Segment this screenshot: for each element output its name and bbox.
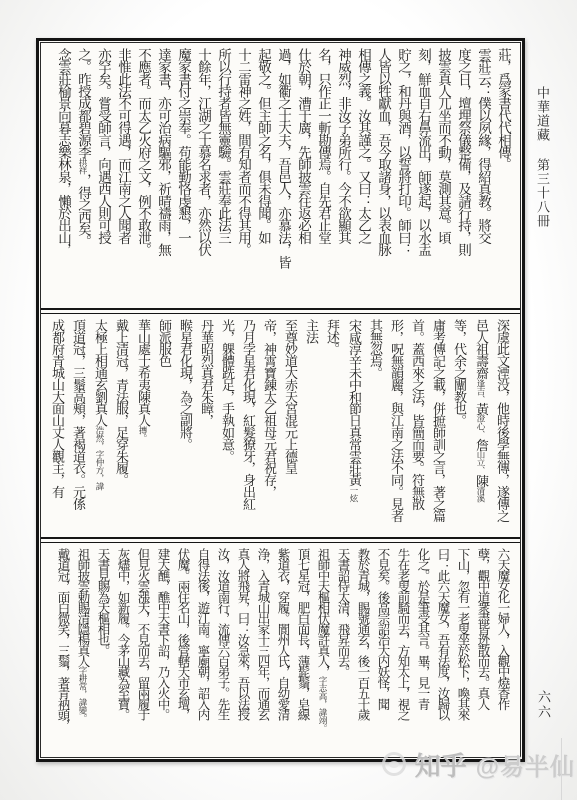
text-column: 披雲真人兀坐而不動，莫測其意。頃: [433, 48, 453, 305]
text-column: 丹華昭烈真君朱瞕，: [196, 319, 217, 534]
text-column: 下山，忽有一老叟坐於松下，喚其來: [453, 548, 473, 754]
text-column: 拜述。: [322, 319, 343, 534]
text-column: 其無忽焉。: [365, 319, 386, 534]
text-column: 灰燼中，如新履。今茅山藏為至寶。: [113, 548, 133, 754]
page-frame: 莊，爲家書代代相傳。雲莊云：僕以夙緣，得紹真教。將交度之日，壇埋祭儀整備，及請行…: [36, 38, 525, 762]
text-column: 仕於朝，漕于廣，先師披雲往返必相: [293, 48, 313, 305]
text-column: 人皆以牲獻血，吾今取諸身，以表血脉: [373, 48, 393, 305]
text-column: 之。昨授成都碧源李拱祥，得之西矣。: [73, 48, 93, 305]
text-column: 念雲莊榆景向暮志樂林泉，懶於出山，: [53, 48, 73, 305]
text-column: 戴道冠，面白微笑，三鬚，著青衲頭，: [53, 548, 73, 754]
text-column: 所以行持者皆無靈驗。雲莊奉此法三: [213, 48, 233, 305]
text-column: 成都府青城山大面山丈人觀主，有: [47, 319, 68, 534]
text-column: 帝，神霄寶錬太乙祖母元君祝存，: [259, 319, 280, 534]
page-frame-inner-border: 莊，爲家書代代相傳。雲莊云：僕以夙緣，得紹真教。將交度之日，壇埋祭儀整備，及請行…: [40, 42, 521, 758]
text-column: 非惟此法不可得遇，而江南之人聞者: [113, 48, 133, 305]
text-column: 汝，汝道南行，流傳六百弟子。先生: [213, 548, 233, 754]
text-column: 相傳之義。汝其謹之。又曰：太乙之: [353, 48, 373, 305]
text-column: 度之日，壇埋祭儀整備，及請行持，則: [453, 48, 473, 305]
text-band-middle: 深虞此文湮没，他時後學無傳，遂傳之邑人祖壽齋逢吉、黃澄心、詹山立、陳清溪等，代余…: [41, 314, 520, 537]
text-column: 祖師中天樞相伏魔許真人，字志高，諱翊。: [313, 548, 333, 754]
text-column: 真人將飛昇，曰：汝急來，吾以法授: [233, 548, 253, 754]
text-column: 曰：此六天魔女，吾有法度，汝歸以: [433, 548, 453, 754]
text-band-bottom: 六天魔女化一婦人，入觀中燒香作孽，觀中道衆盡皆迯散而去。真人下山，忽有一老叟坐於…: [41, 543, 520, 757]
text-column: 太極上相通玄劉真人浩然，字仲方，諱: [89, 319, 111, 534]
text-column: 頂道冠，三鬚高頰，著褐道衣。元係: [68, 319, 89, 534]
text-column: 睺星君化現，為之副將。: [175, 319, 196, 534]
text-column: 建大醮，醮中天書下詔，乃入火中。: [153, 548, 173, 754]
text-column: 庸考傳記之載，併摭師訓之言，著之篇: [428, 319, 449, 534]
scan-page-edge: [561, 738, 562, 800]
text-column: 亦罕矣。嘗受師言，向遇西人則可授: [93, 48, 113, 305]
text-column: 等，代余之闡教也。: [449, 319, 470, 534]
text-column: 牛在老叟前騎而去，方知太上，視之: [393, 548, 413, 754]
text-column: 乃月孛星君化現，紅髮獠牙，身出紅: [238, 319, 259, 534]
text-band-top: 莊，爲家書代代相傳。雲莊云：僕以夙緣，得紹真教。將交度之日，壇埋祭儀整備，及請行…: [41, 43, 520, 308]
text-column: 不見矣。後高宗詔治大内妖怪，聞: [373, 548, 393, 754]
text-column: 十二雷神之姓，間有知者而不得其用。: [233, 48, 253, 305]
text-column: 天書見賜為天樞相也。: [93, 548, 113, 754]
text-column: 頂七星冠，肥白面長，薄髭鬚，皂線: [293, 548, 313, 754]
text-column: 教於青城，賜號通玄，後一百五十歲: [353, 548, 373, 754]
text-column: 宋咸淳辛未中和節日真常雲莊黃一炫: [343, 319, 365, 534]
text-column: 貯之，和丹與酒，以誓將打印。師曰：: [393, 48, 413, 305]
text-column: 孽，觀中道衆盡皆迯散而去。真人: [473, 548, 493, 754]
watermark: 知乎 @易半仙: [382, 744, 577, 784]
text-column: 達家書，亦可治病驅邪，祈晴禱雨，無: [153, 48, 173, 305]
text-column: 首。蓋西來之法，皆簡而要。符無散: [407, 319, 428, 534]
text-column: 至尊妙道大赤天宮混元上德皇: [280, 319, 301, 534]
text-column: 華山處士希夷陳真人摶。: [132, 319, 154, 534]
text-column: 戴上清冠，青法服，足穿朱履。: [111, 319, 132, 534]
text-column: 六天魔女化一婦人，入觀中燒香作: [493, 548, 513, 754]
text-column: 邑人祖壽齋逢吉、黃澄心、詹山立、陳清溪: [470, 319, 492, 534]
text-column: 深虞此文湮没，他時後學無傳，遂傳之: [492, 319, 513, 534]
text-column: 神威烈，非汝子弟所行。今不欲顯其: [333, 48, 353, 305]
text-column: 光，躶體跣足，手執如意。: [217, 319, 238, 534]
text-column: 祖師披雲勅賜清隱楊真人字耕常，諱變。: [73, 548, 93, 754]
text-column: 過，如衢之士大夫，吾邑人，亦慕法，皆: [273, 48, 293, 305]
text-column: 伏魔。兩住名山，後管轄天市玄壇，: [173, 548, 193, 754]
text-column: 師派服色: [154, 319, 175, 534]
text-column: 紫道衣，穿履。閬州人氏，自幼愛清: [273, 548, 293, 754]
watermark-brand: 知乎: [415, 746, 467, 783]
text-column: 起敬之。但主帥之名，俱未得聞。如: [253, 48, 273, 305]
text-column: 莊，爲家書代代相傳。: [493, 48, 513, 305]
text-column: 刻，鮮血自右鼻流出，師遂起，以水盂: [413, 48, 433, 305]
volume-number: 第三十八冊: [535, 158, 550, 228]
text-column: 自得法後，遊江南。寧廟朝，詔入内: [193, 548, 213, 754]
text-column: 形，呪無韻麗，與江南之法不同。見者: [386, 319, 407, 534]
text-column: 主法: [301, 319, 322, 534]
text-column: 但見火雲漲天，不見而去，留兩履于: [133, 548, 153, 754]
margin-edition-label: 中華道藏第三十八冊: [533, 86, 552, 228]
text-column: 雲莊云：僕以夙緣，得紹真教。將交: [473, 48, 493, 305]
collection-title: 中華道藏: [535, 86, 550, 142]
page-number: 六六: [534, 690, 553, 720]
text-column: 十餘年，江湖之士慕名求者，亦然以伏: [193, 48, 213, 305]
text-column: 浄，入青城山出家十三四年，而通玄: [253, 548, 273, 754]
text-column: 天書詔侍太清，飛昇而去。: [333, 548, 353, 754]
text-column: 名，只作正一斬勘傳焉。自先君止堂: [313, 48, 333, 305]
zhihu-logo-icon: [382, 752, 406, 776]
text-column: 魔家書付之崇奉。苟能勤恪虔懇，一: [173, 48, 193, 305]
text-column: 不應者。而太乙火府之文，例不敢泄。: [133, 48, 153, 305]
text-column: 化之。於是筆受其言。畢，見一青: [413, 548, 433, 754]
